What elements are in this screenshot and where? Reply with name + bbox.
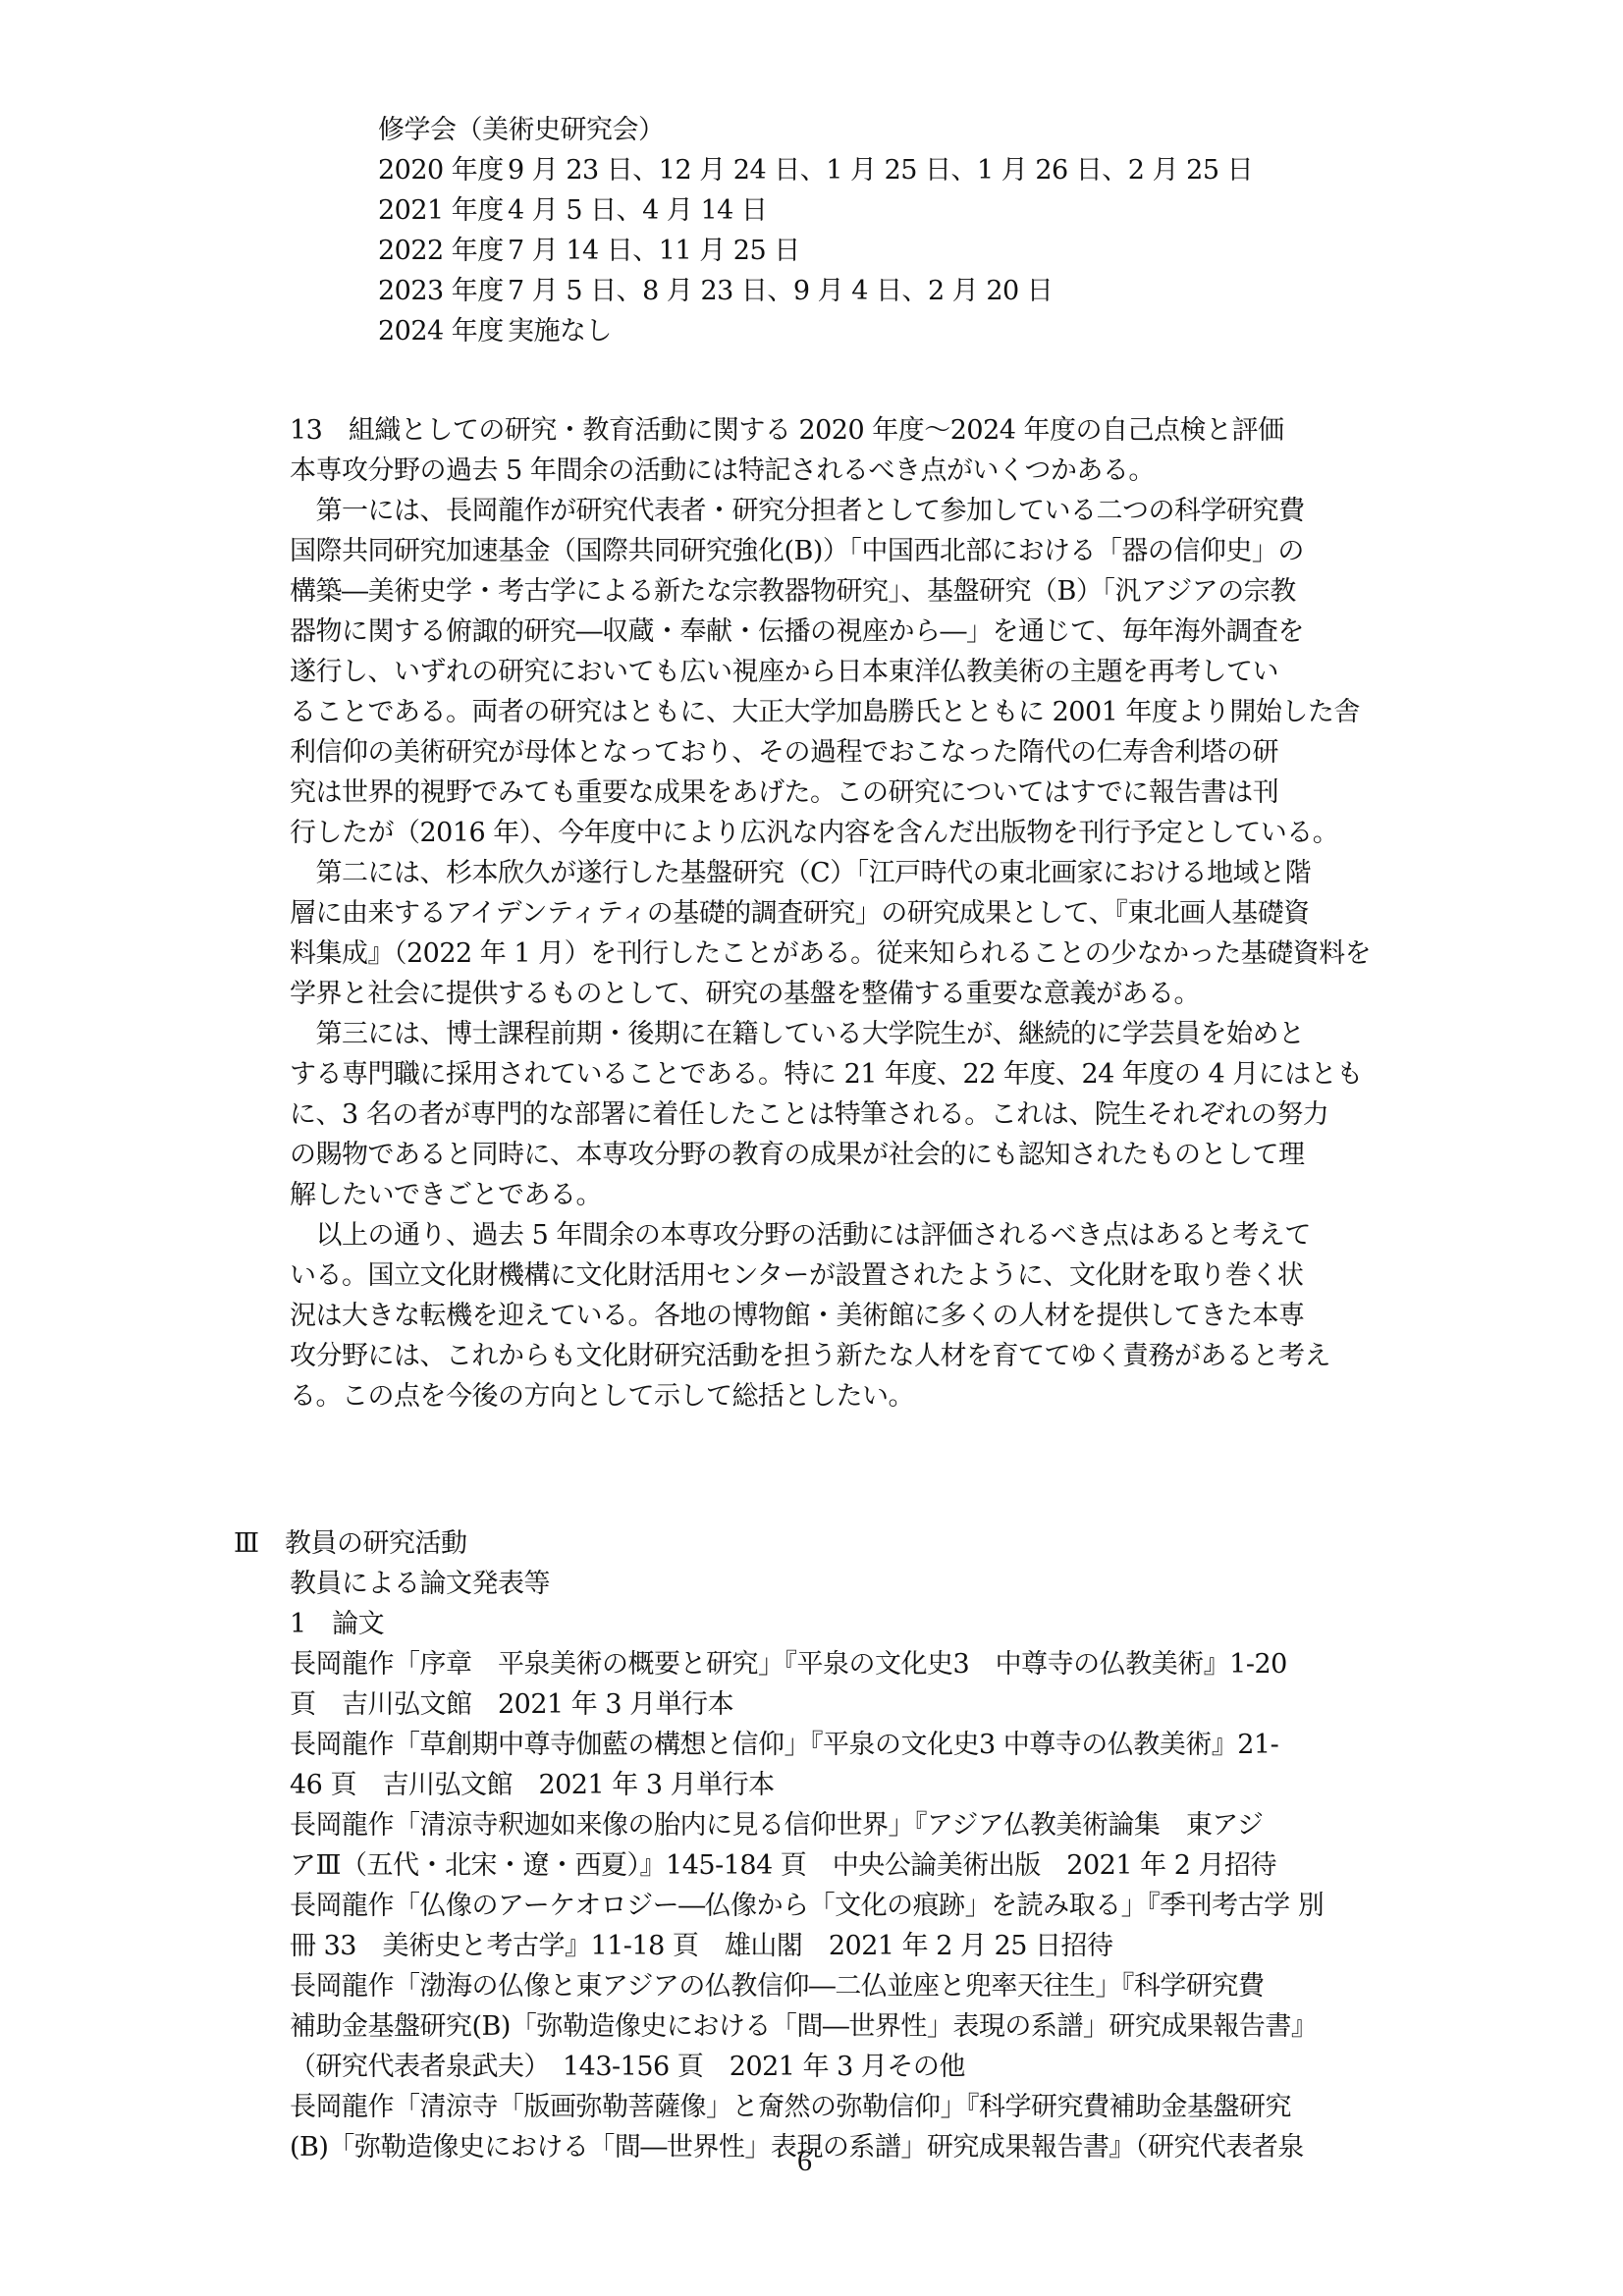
body-line: する専門職に採用されていることである。特に 21 年度、22 年度、24 年度の…	[290, 1054, 1394, 1095]
study-group-block: 修学会（美術史研究会） 2020 年度 9 月 23 日、12 月 24 日、1…	[378, 110, 1253, 351]
body-line: 第三には、博士課程前期・後期に在籍している大学院生が、継続的に学芸員を始めと	[290, 1014, 1394, 1054]
study-group-year: 2020 年度	[378, 150, 508, 190]
section-13-heading: 13 組織としての研究・教育活動に関する 2020 年度～2024 年度の自己点…	[290, 410, 1394, 451]
body-line: 学界と社会に提供するものとして、研究の基盤を整備する重要な意義がある。	[290, 974, 1394, 1014]
body-line: 国際共同研究加速基金（国際共同研究強化(B)）「中国西北部における「器の信仰史」…	[290, 531, 1394, 571]
body-line: 以上の通り、過去 5 年間余の本専攻分野の活動には評価されるべき点はあると考えて	[290, 1215, 1394, 1255]
body-line: 解したいできごとである。	[290, 1175, 1394, 1215]
page-number: 6	[797, 2142, 812, 2181]
publication-line: (B)「弥勒造像史における「間―世界性」表現の系譜」研究成果報告書』（研究代表者…	[290, 2127, 1394, 2167]
document-page: 修学会（美術史研究会） 2020 年度 9 月 23 日、12 月 24 日、1…	[0, 0, 1623, 2296]
body-line: 料集成』（2022 年 1 月）を刊行したことがある。従来知られることの少なかっ…	[290, 934, 1394, 974]
study-group-row: 2021 年度 4 月 5 日、4 月 14 日	[378, 190, 1253, 231]
section-13: 13 組織としての研究・教育活動に関する 2020 年度～2024 年度の自己点…	[290, 410, 1394, 1416]
body-line: に、3 名の者が専門的な部署に着任したことは特筆される。これは、院生それぞれの努…	[290, 1095, 1394, 1135]
publication-line: 長岡龍作「清涼寺釈迦如来像の胎内に見る信仰世界」『アジア仏教美術論集 東アジ	[290, 1805, 1394, 1845]
publication-line: 長岡龍作「草創期中尊寺伽藍の構想と信仰」『平泉の文化史3 中尊寺の仏教美術』21…	[290, 1725, 1394, 1765]
body-line: 況は大きな転機を迎えている。各地の博物館・美術館に多くの人材を提供してきた本専	[290, 1296, 1394, 1336]
study-group-year: 2023 年度	[378, 271, 508, 311]
study-group-year: 2024 年度	[378, 311, 508, 351]
body-line: 器物に関する俯諏的研究―収蔵・奉献・伝播の視座から―」を通じて、毎年海外調査を	[290, 612, 1394, 652]
study-group-row: 2022 年度 7 月 14 日、11 月 25 日	[378, 231, 1253, 271]
body-line: 第二には、杉本欣久が遂行した基盤研究（C）「江戸時代の東北画家における地域と階	[290, 853, 1394, 893]
section-3-subheading: 教員による論文発表等	[290, 1564, 1394, 1604]
study-group-dates: 実施なし	[508, 311, 612, 351]
study-group-dates: 9 月 23 日、12 月 24 日、1 月 25 日、1 月 26 日、2 月…	[508, 150, 1253, 190]
body-line: る。この点を今後の方向として示して総括としたい。	[290, 1376, 1394, 1416]
publication-line: 長岡龍作「序章 平泉美術の概要と研究」『平泉の文化史3 中尊寺の仏教美術』1-2…	[290, 1644, 1394, 1684]
study-group-year: 2021 年度	[378, 190, 508, 231]
study-group-year: 2022 年度	[378, 231, 508, 271]
publication-line: 長岡龍作「渤海の仏像と東アジアの仏教信仰―二仏並座と兜率天往生」『科学研究費	[290, 1966, 1394, 2006]
section-3-heading: Ⅲ 教員の研究活動	[234, 1523, 467, 1564]
study-group-dates: 4 月 5 日、4 月 14 日	[508, 190, 767, 231]
body-line: の賜物であると同時に、本専攻分野の教育の成果が社会的にも認知されたものとして理	[290, 1135, 1394, 1175]
section-3: 教員による論文発表等 1 論文 長岡龍作「序章 平泉美術の概要と研究」『平泉の文…	[290, 1564, 1394, 2167]
study-group-row: 2023 年度 7 月 5 日、8 月 23 日、9 月 4 日、2 月 20 …	[378, 271, 1253, 311]
study-group-dates: 7 月 5 日、8 月 23 日、9 月 4 日、2 月 20 日	[508, 271, 1053, 311]
body-line: 構築―美術史学・考古学による新たな宗教器物研究」、基盤研究（B）「汎アジアの宗教	[290, 571, 1394, 612]
body-line: いる。国立文化財機構に文化財活用センターが設置されたように、文化財を取り巻く状	[290, 1255, 1394, 1296]
body-line: 遂行し、いずれの研究においても広い視座から日本東洋仏教美術の主題を再考してい	[290, 652, 1394, 692]
study-group-title: 修学会（美術史研究会）	[378, 110, 1253, 150]
body-line: 本専攻分野の過去 5 年間余の活動には特記されるべき点がいくつかある。	[290, 451, 1394, 491]
body-line: 層に由来するアイデンティティの基礎的調査研究」の研究成果として、『東北画人基礎資	[290, 893, 1394, 934]
body-line: 行したが（2016 年）、今年度中により広汎な内容を含んだ出版物を刊行予定として…	[290, 813, 1394, 853]
publication-line: （研究代表者泉武夫） 143-156 頁 2021 年 3 月その他	[290, 2047, 1394, 2087]
section-3-item-heading: 1 論文	[290, 1604, 1394, 1644]
body-line: 利信仰の美術研究が母体となっており、その過程でおこなった隋代の仁寿舎利塔の研	[290, 732, 1394, 773]
publication-line: アⅢ（五代・北宋・遼・西夏）』145-184 頁 中央公論美術出版 2021 年…	[290, 1845, 1394, 1886]
body-line: 究は世界的視野でみても重要な成果をあげた。この研究についてはすでに報告書は刊	[290, 773, 1394, 813]
body-line: 第一には、長岡龍作が研究代表者・研究分担者として参加している二つの科学研究費	[290, 491, 1394, 531]
study-group-row: 2024 年度 実施なし	[378, 311, 1253, 351]
publication-line: 長岡龍作「清涼寺「版画弥勒菩薩像」と奝然の弥勒信仰」『科学研究費補助金基盤研究	[290, 2087, 1394, 2127]
publication-line: 46 頁 吉川弘文館 2021 年 3 月単行本	[290, 1765, 1394, 1805]
publication-line: 頁 吉川弘文館 2021 年 3 月単行本	[290, 1684, 1394, 1725]
publication-line: 冊 33 美術史と考古学』11-18 頁 雄山閣 2021 年 2 月 25 日…	[290, 1926, 1394, 1966]
body-line: 攻分野には、これからも文化財研究活動を担う新たな人材を育ててゆく責務があると考え	[290, 1336, 1394, 1376]
body-line: ることである。両者の研究はともに、大正大学加島勝氏とともに 2001 年度より開…	[290, 692, 1394, 732]
publication-line: 補助金基盤研究(B)「弥勒造像史における「間―世界性」表現の系譜」研究成果報告書…	[290, 2006, 1394, 2047]
publication-line: 長岡龍作「仏像のアーケオロジー―仏像から「文化の痕跡」を読み取る」『季刊考古学 …	[290, 1886, 1394, 1926]
study-group-row: 2020 年度 9 月 23 日、12 月 24 日、1 月 25 日、1 月 …	[378, 150, 1253, 190]
study-group-dates: 7 月 14 日、11 月 25 日	[508, 231, 800, 271]
